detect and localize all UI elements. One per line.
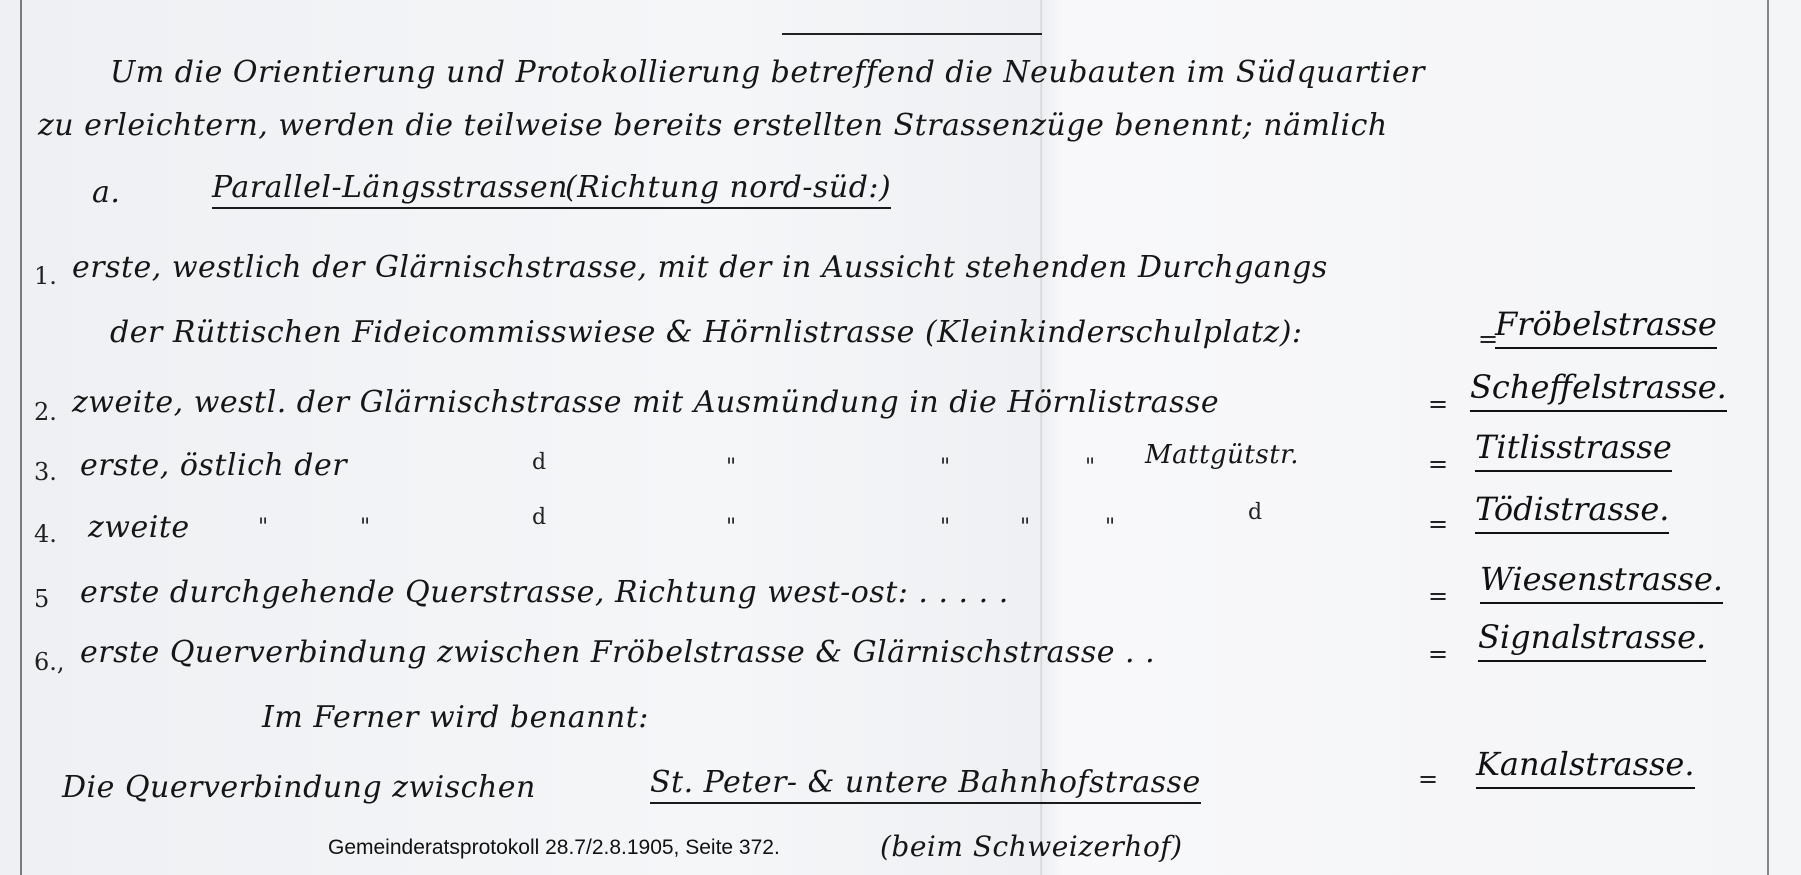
entry-4-ditto-1: " (258, 515, 268, 540)
entry-5-number: 5 (34, 585, 49, 613)
source-caption: Gemeinderatsprotokoll 28.7/2.8.1905, Sei… (328, 836, 780, 860)
entry-2-text: zweite, westl. der Glärnischstrasse mit … (72, 385, 1219, 420)
left-margin-line (20, 0, 22, 875)
section-a-label: a. (92, 175, 120, 210)
entry-6-number: 6., (34, 648, 65, 676)
entry-4-equals: = (1428, 510, 1448, 538)
entry-3-ditto-3: " (940, 455, 950, 480)
document-page: Um die Orientierung und Protokollierung … (0, 0, 1801, 875)
entry-4-ditto-2: " (360, 515, 370, 540)
entry-4-ditto-7: " (1105, 515, 1115, 540)
entry-6-equals: = (1428, 640, 1448, 668)
entry-2-equals: = (1428, 390, 1448, 418)
entry-3-ditto-1: d (532, 450, 546, 475)
entry-4-ditto-3: d (532, 505, 546, 530)
ferner-heading: Im Ferner wird benannt: (262, 700, 649, 735)
entry-3-equals: = (1428, 450, 1448, 478)
entry-6-street-name: Signalstrasse. (1478, 618, 1706, 656)
entry-1-text-cont: der Rüttischen Fideicommisswiese & Hörnl… (110, 315, 1303, 350)
entry-6-text: erste Querverbindung zwischen Fröbelstra… (80, 635, 1155, 670)
ferner-street-name-text: Kanalstrasse. (1476, 745, 1695, 789)
entry-4-ditto-4: " (726, 515, 736, 540)
entry-1-street-name: Fröbelstrasse (1495, 305, 1717, 343)
entry-4-number: 4. (34, 520, 57, 548)
ferner-text-prefix: Die Querverbindung zwischen (62, 770, 536, 805)
entry-1-street-name-text: Fröbelstrasse (1495, 305, 1717, 349)
entry-3-text: erste, östlich der (80, 448, 347, 483)
entry-3-street-name-text: Titlisstrasse (1475, 428, 1672, 472)
entry-5-street-name: Wiesenstrasse. (1480, 560, 1723, 598)
top-rule (782, 33, 1042, 35)
entry-2-street-name-text: Scheffelstrasse. (1470, 368, 1727, 412)
section-a-direction: (Richtung nord-süd:) (565, 170, 891, 205)
ferner-note: (beim Schweizerhof) (880, 830, 1183, 863)
entry-2-number: 2. (34, 398, 57, 426)
right-margin-line (1767, 0, 1769, 875)
section-a-title-text: Parallel-Längsstrassen (212, 170, 568, 209)
entry-4-ditto-5: " (940, 515, 950, 540)
entry-4-ditto-8: d (1248, 500, 1262, 525)
entry-4-text: zweite (88, 510, 190, 545)
section-a-title: Parallel-Längsstrassen (212, 170, 568, 205)
intro-line-2: zu erleichtern, werden die teilweise ber… (38, 108, 1388, 143)
entry-3-text-tail: Mattgütstr. (1145, 440, 1299, 470)
ferner-streets: St. Peter- & untere Bahnhofstrasse (650, 765, 1201, 804)
entry-5-street-name-text: Wiesenstrasse. (1480, 560, 1723, 604)
ferner-street-name: Kanalstrasse. (1476, 745, 1695, 783)
ferner-text-underlined: St. Peter- & untere Bahnhofstrasse (650, 765, 1201, 800)
entry-1-number: 1. (34, 262, 57, 290)
entry-5-text: erste durchgehende Querstrasse, Richtung… (80, 575, 1009, 610)
entry-3-number: 3. (34, 458, 57, 486)
entry-4-street-name: Tödistrasse. (1475, 490, 1669, 528)
entry-6-street-name-text: Signalstrasse. (1478, 618, 1706, 662)
ferner-equals: = (1418, 765, 1438, 793)
entry-4-ditto-6: " (1020, 515, 1030, 540)
intro-line-1: Um die Orientierung und Protokollierung … (110, 55, 1425, 90)
entry-4-street-name-text: Tödistrasse. (1475, 490, 1669, 534)
entry-2-street-name: Scheffelstrasse. (1470, 368, 1727, 406)
entry-5-equals: = (1428, 582, 1448, 610)
entry-3-street-name: Titlisstrasse (1475, 428, 1672, 466)
entry-1-text: erste, westlich der Glärnischstrasse, mi… (72, 250, 1328, 285)
entry-3-ditto-2: " (726, 455, 736, 480)
section-a-direction-text: (Richtung nord-süd:) (565, 170, 891, 209)
entry-3-ditto-4: " (1085, 455, 1095, 480)
